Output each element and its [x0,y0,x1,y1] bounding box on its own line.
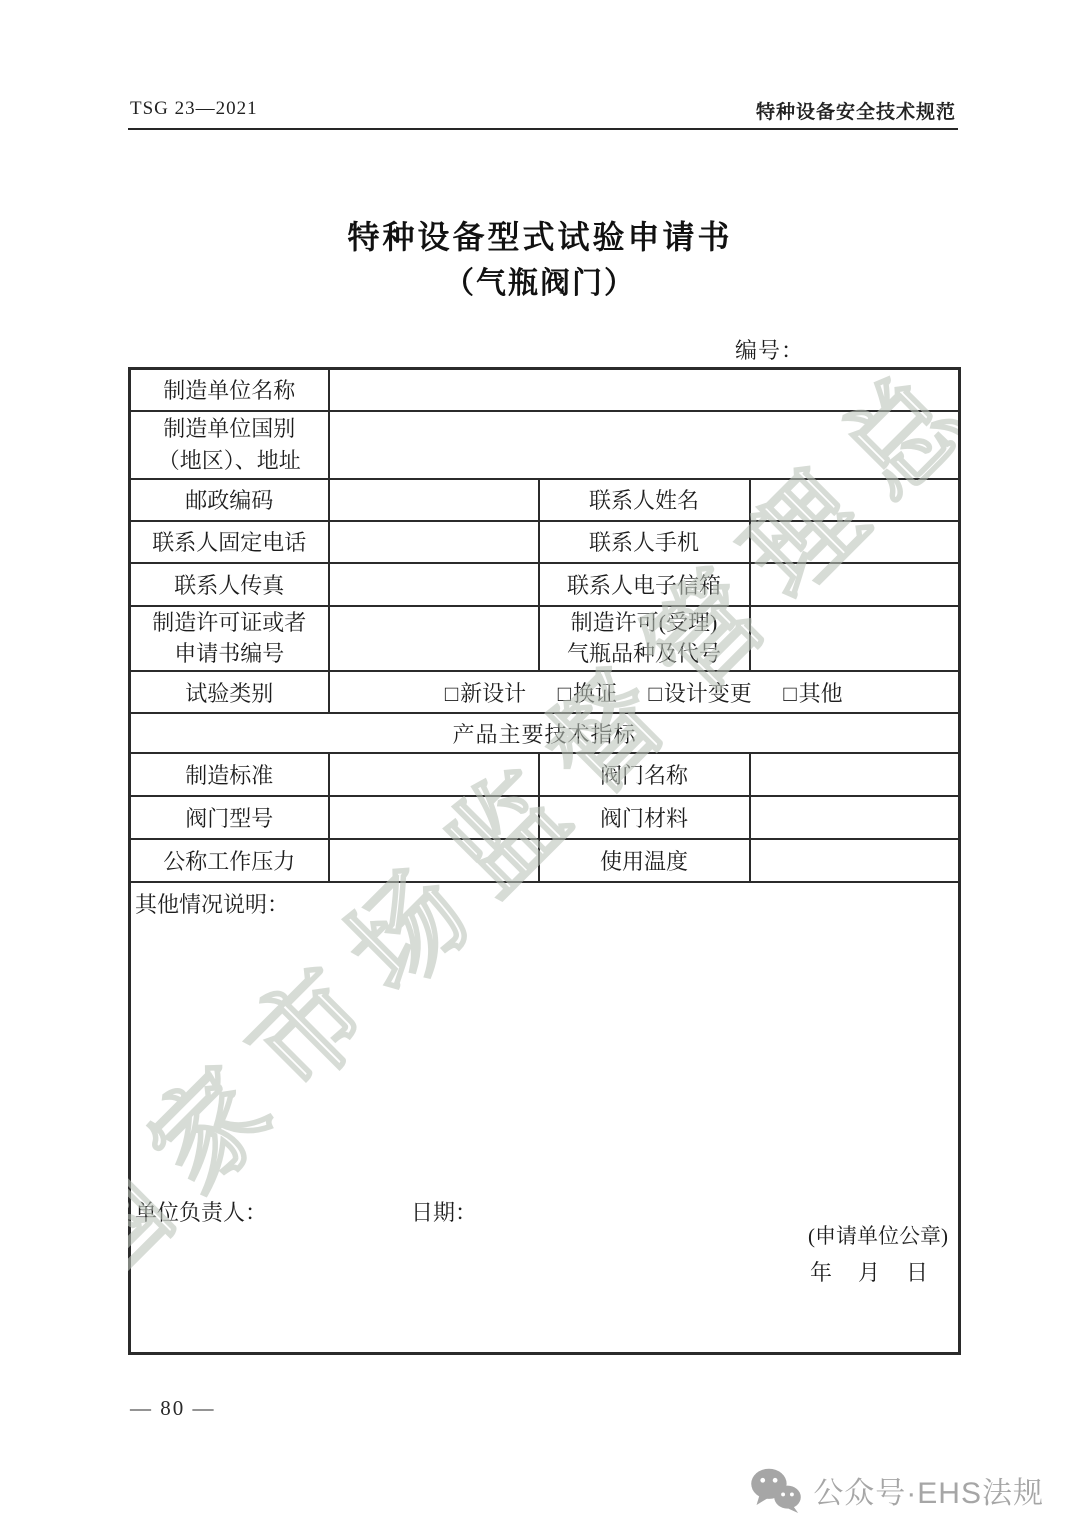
checkbox-option-new-design: □新设计 [445,677,526,708]
page-number: — 80 — [130,1396,216,1421]
checkbox-icon: □ [558,681,571,706]
table-row: 产品主要技术指标 [130,713,960,753]
label-contact-mobile: 联系人手机 [539,521,750,563]
table-row: 邮政编码 联系人姓名 [130,479,960,521]
label-valve-material: 阀门材料 [539,796,750,839]
field-contact-phone [329,521,539,563]
label-mfg-standard: 制造标准 [130,753,329,796]
checkbox-icon: □ [649,681,662,706]
field-valve-material [750,796,960,839]
field-valve-name [750,753,960,796]
field-mfg-standard [329,753,539,796]
field-service-temp [750,839,960,882]
table-row: 制造单位国别（地区）、地址 [130,411,960,479]
label-postal-code: 邮政编码 [130,479,329,521]
table-row: 试验类别 □新设计 □换证 □设计变更 □其他 [130,671,960,713]
spec-title: 特种设备安全技术规范 [756,97,956,124]
field-contact-mobile [750,521,960,563]
test-type-options: □新设计 □换证 □设计变更 □其他 [329,671,960,713]
label-principal: 单位负责人： [135,1196,267,1227]
field-cylinder-variety [750,606,960,672]
label-manufacturer-name: 制造单位名称 [130,369,329,411]
field-contact-email [750,563,960,606]
section-title: 产品主要技术指标 [130,713,960,753]
field-valve-model [329,796,539,839]
label-contact-name: 联系人姓名 [539,479,750,521]
form-subtitle: （气瓶阀门） [0,258,1080,302]
label-contact-email: 联系人电子信箱 [539,563,750,606]
label-year-month-day: 年 月 日 [810,1256,930,1287]
table-row: 联系人固定电话 联系人手机 [130,521,960,563]
label-service-temp: 使用温度 [539,839,750,882]
checkbox-icon: □ [783,681,796,706]
header-rule [128,128,958,130]
label-company-seal: (申请单位公章) [808,1220,948,1250]
wechat-icon [749,1467,803,1513]
field-license-number [329,606,539,672]
label-valve-name: 阀门名称 [539,753,750,796]
label-country-address: 制造单位国别（地区）、地址 [130,411,329,479]
other-notes-cell: 其他情况说明： 单位负责人： 日期： (申请单位公章) 年 月 日 [130,882,960,1353]
checkbox-option-design-change: □设计变更 [649,677,752,708]
label-valve-model: 阀门型号 [130,796,329,839]
table-row: 制造单位名称 [130,369,960,411]
table-row: 其他情况说明： 单位负责人： 日期： (申请单位公章) 年 月 日 [130,882,960,1353]
label-date: 日期： [411,1196,477,1227]
field-country-address [329,411,960,479]
table-row: 公称工作压力 使用温度 [130,839,960,882]
table-row: 制造许可证或者申请书编号 制造许可(受理)气瓶品种及代号 [130,606,960,672]
label-license-number: 制造许可证或者申请书编号 [130,606,329,672]
wechat-banner: 公众号·EHS法规 [749,1467,1044,1513]
table-row: 制造标准 阀门名称 [130,753,960,796]
table-row: 阀门型号 阀门材料 [130,796,960,839]
field-postal-code [329,479,539,521]
form-title: 特种设备型式试验申请书 [0,212,1080,258]
field-contact-fax [329,563,539,606]
checkbox-option-other: □其他 [783,677,842,708]
label-cylinder-variety: 制造许可(受理)气瓶品种及代号 [539,606,750,672]
label-test-type: 试验类别 [130,671,329,713]
banner-label: 公众号·EHS法规 [813,1468,1044,1512]
checkbox-icon: □ [445,681,458,706]
label-contact-fax: 联系人传真 [130,563,329,606]
label-working-pressure: 公称工作压力 [130,839,329,882]
field-working-pressure [329,839,539,882]
document-page: TSG 23—2021 特种设备安全技术规范 特种设备型式试验申请书 （气瓶阀门… [0,0,1080,1527]
field-manufacturer-name [329,369,960,411]
checkbox-option-renewal: □换证 [558,677,617,708]
application-form-table: 制造单位名称 制造单位国别（地区）、地址 邮政编码 联系人姓名 联系人固定电话 … [128,367,961,1355]
label-other-notes: 其他情况说明： [135,888,289,919]
table-row: 联系人传真 联系人电子信箱 [130,563,960,606]
document-code: TSG 23—2021 [130,98,258,120]
form-number-label: 编号： [735,334,804,365]
field-contact-name [750,479,960,521]
label-contact-phone: 联系人固定电话 [130,521,329,563]
